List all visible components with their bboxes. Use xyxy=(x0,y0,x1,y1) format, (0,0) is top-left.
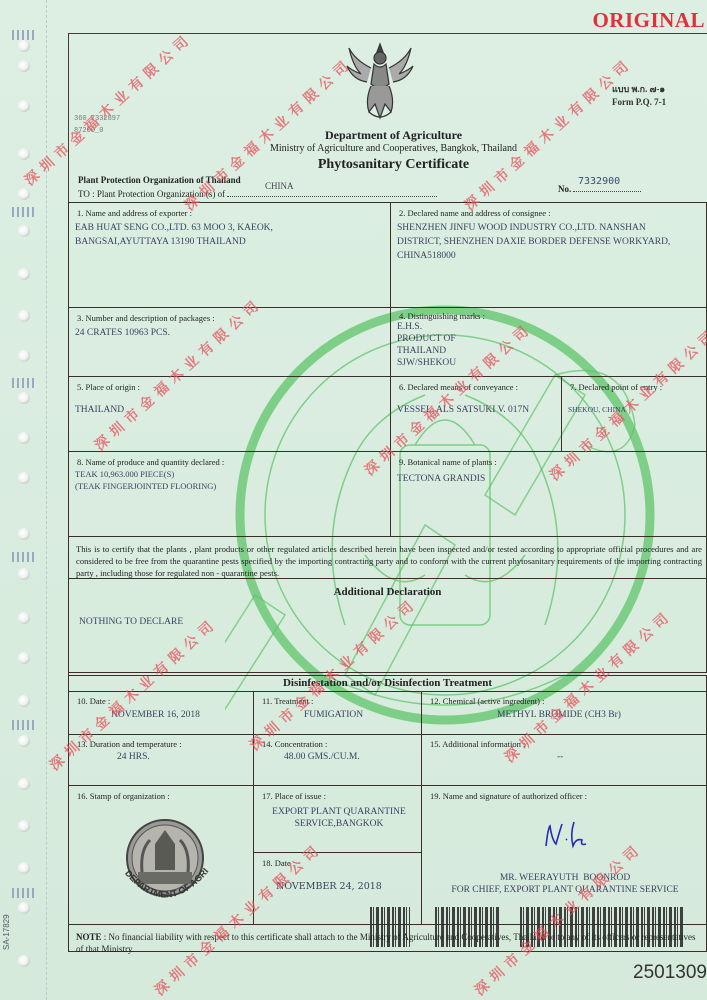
additional-declaration-title: Additional Declaration xyxy=(69,586,706,598)
note-text: : No financial liability with respect to… xyxy=(76,932,696,954)
perforation-hole xyxy=(18,310,30,322)
concentration-value: 48.00 GMS./CU.M. xyxy=(284,750,360,764)
packages-value: 24 CRATES 10963 PCS. xyxy=(75,326,170,340)
produce-value: TEAK 10,963.000 PIECE(S) (TEAK FINGERJOI… xyxy=(75,468,216,492)
department-heading: Department of Agriculture xyxy=(0,128,707,143)
department-of-agriculture-seal-icon: DEPARTMENT OF AGRICULTURE xyxy=(110,810,220,920)
perforation-hole xyxy=(18,695,30,707)
field-label: 17. Place of issue : xyxy=(262,791,326,801)
original-stamp: ORIGINAL xyxy=(592,8,705,33)
certificate-title: Phytosanitary Certificate xyxy=(0,157,707,173)
consignee-value: SHENZHEN JINFU WOOD INDUSTRY CO.,LTD. NA… xyxy=(397,221,670,263)
perforation-hole xyxy=(18,40,30,52)
form-code: แบบ พ.ก. ๗-๑ Form P.Q. 7-1 xyxy=(612,83,666,109)
field-label: 3. Number and description of packages : xyxy=(77,313,215,323)
field-consignee: 2. Declared name and address of consigne… xyxy=(390,202,707,308)
perforation-marks xyxy=(12,30,36,40)
perforation-hole xyxy=(18,225,30,237)
exporter-value: EAB HUAT SENG CO.,LTD. 63 MOO 3, KAEOK, … xyxy=(75,221,273,249)
field-exporter: 1. Name and address of exporter : EAB HU… xyxy=(68,202,391,308)
perforation-hole xyxy=(18,820,30,832)
perforation-hole xyxy=(18,862,30,874)
field-label: 8. Name of produce and quantity declared… xyxy=(77,457,224,467)
perforation-hole xyxy=(18,60,30,72)
marks-value: E.H.S. PRODUCT OF THAILAND SJW/SHEKOU xyxy=(397,321,456,369)
perforation-hole xyxy=(18,188,30,200)
perforation-marks xyxy=(12,720,36,730)
field-label: 12. Chemical (active ingredient) : xyxy=(430,696,544,706)
perforation-hole xyxy=(18,612,30,624)
perforation-hole xyxy=(18,735,30,747)
perforation-hole xyxy=(18,568,30,580)
perforation-hole xyxy=(18,268,30,280)
field-label: 1. Name and address of exporter : xyxy=(77,208,192,218)
botanical-name-value: TECTONA GRANDIS xyxy=(397,472,485,486)
note-label: NOTE xyxy=(76,932,102,942)
to-line: TO : Plant Protection Organization (s) o… xyxy=(78,189,437,199)
perforation-hole xyxy=(18,472,30,484)
field-produce: 8. Name of produce and quantity declared… xyxy=(68,451,391,537)
perforation-hole xyxy=(18,955,30,967)
field-additional-info: 15. Additional information : -- xyxy=(421,734,707,786)
form-code-thai: แบบ พ.ก. ๗-๑ xyxy=(612,83,666,96)
officer-signature-icon xyxy=(540,820,600,850)
perforation-hole xyxy=(18,350,30,362)
place-of-issue-value: EXPORT PLANT QUARANTINE SERVICE,BANGKOK xyxy=(264,806,414,830)
perforation-marks xyxy=(12,378,36,388)
field-label: 16. Stamp of organization : xyxy=(77,791,170,801)
perforation-hole xyxy=(18,528,30,540)
perforation-hole xyxy=(18,100,30,112)
certification-statement: This is to certify that the plants , pla… xyxy=(76,543,702,579)
field-concentration: 14. Concentration : 48.00 GMS./CU.M. xyxy=(253,734,422,786)
perforation-marks xyxy=(12,552,36,562)
perforation-hole xyxy=(18,432,30,444)
additional-declaration-value: NOTHING TO DECLARE xyxy=(79,615,183,629)
field-botanical-name: 9. Botanical name of plants : TECTONA GR… xyxy=(390,451,707,537)
ministry-heading: Ministry of Agriculture and Cooperatives… xyxy=(0,143,707,154)
perforation-hole xyxy=(18,902,30,914)
field-duration: 13. Duration and temperature : 24 HRS. xyxy=(68,734,254,786)
form-stock-code: SA-17829 xyxy=(2,914,11,950)
perforation-hole xyxy=(18,392,30,404)
garuda-emblem-icon xyxy=(345,40,415,122)
destination-country: CHINA xyxy=(265,181,294,191)
field-label: 9. Botanical name of plants : xyxy=(399,457,497,467)
additional-info-value: -- xyxy=(557,750,563,764)
field-label: 5. Place of origin : xyxy=(77,382,140,392)
document-serial-number: 2501309 xyxy=(633,962,707,984)
liability-note: NOTE : No financial liability with respe… xyxy=(76,931,696,955)
field-place-of-issue: 17. Place of issue : EXPORT PLANT QUARAN… xyxy=(253,785,422,853)
perforation-hole xyxy=(18,652,30,664)
field-label: 4. Distinguishing marks : xyxy=(399,311,485,321)
treatment-type-value: FUMIGATION xyxy=(304,708,363,722)
certificate-number: 7332900 xyxy=(578,176,620,187)
perforation-marks xyxy=(12,207,36,217)
perforation-marks xyxy=(12,888,36,898)
field-label: 19. Name and signature of authorized off… xyxy=(430,791,587,801)
perforation-hole xyxy=(18,778,30,790)
duration-value: 24 HRS. xyxy=(117,750,150,764)
form-code-english: Form P.Q. 7-1 xyxy=(612,96,666,109)
officer-title: FOR CHIEF, EXPORT PLANT QUARANTINE SERVI… xyxy=(422,883,707,897)
